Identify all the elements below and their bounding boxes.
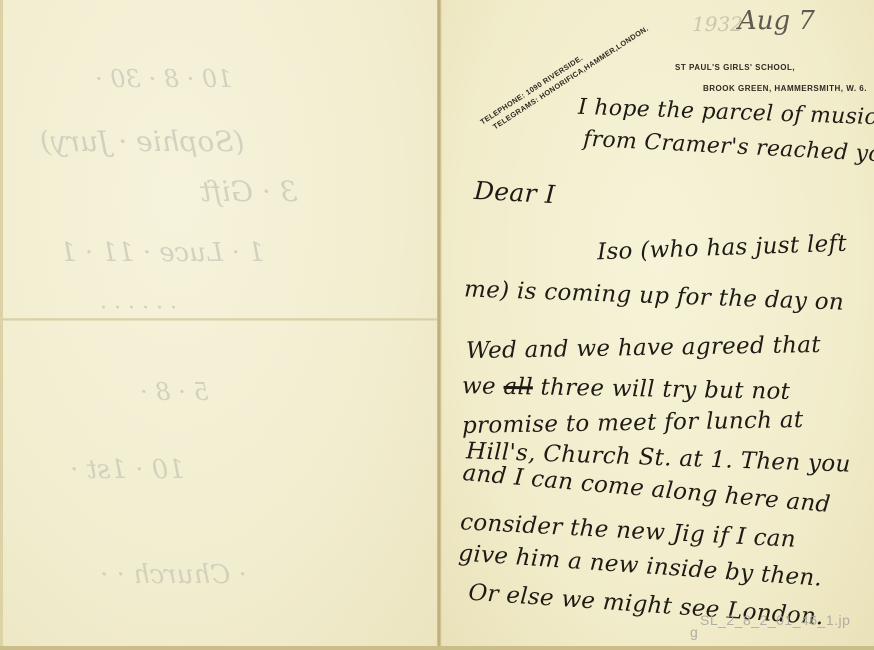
image-id-text: SL_2_8_2_01_46_1.jp (700, 612, 850, 628)
salutation: Dear I (473, 176, 556, 209)
bleed-through-text: 10 · 1st · (70, 455, 185, 485)
bleed-through-text: · Church · · (100, 560, 247, 590)
image-id-text: g (690, 624, 698, 640)
body-text: three will try but not (533, 374, 791, 404)
letterhead-address: BROOK GREEN, HAMMERSMITH, W. 6. (703, 84, 867, 93)
letter-date: Aug 7 (738, 6, 815, 36)
paper-edge (0, 0, 3, 650)
struck-out-word: all (503, 374, 533, 401)
bleed-through-text: 10 · 8 · 30 · (95, 65, 232, 93)
letter-scan: 10 · 8 · 30 · (Sophie · Jury) 3 · Gift 1… (0, 0, 874, 650)
paper-edge (0, 646, 874, 650)
bleed-through-text: 5 · 8 · (140, 378, 209, 406)
bleed-through-text: 1 · Luce · 11 · 1 (60, 238, 265, 268)
letterhead-school-name: ST PAUL'S GIRLS' SCHOOL, (675, 63, 795, 72)
horizontal-fold-crease (0, 318, 440, 321)
pencil-year-annotation: 1932 (692, 12, 743, 36)
image-id-overlay: SL_2_8_2_01_46_1.jp g (700, 612, 850, 628)
center-fold-spine (437, 0, 442, 650)
left-page: 10 · 8 · 30 · (Sophie · Jury) 3 · Gift 1… (0, 0, 440, 650)
bleed-through-text: 3 · Gift (200, 175, 297, 208)
body-text: we (462, 373, 504, 400)
bleed-through-text: (Sophie · Jury) (40, 125, 245, 158)
